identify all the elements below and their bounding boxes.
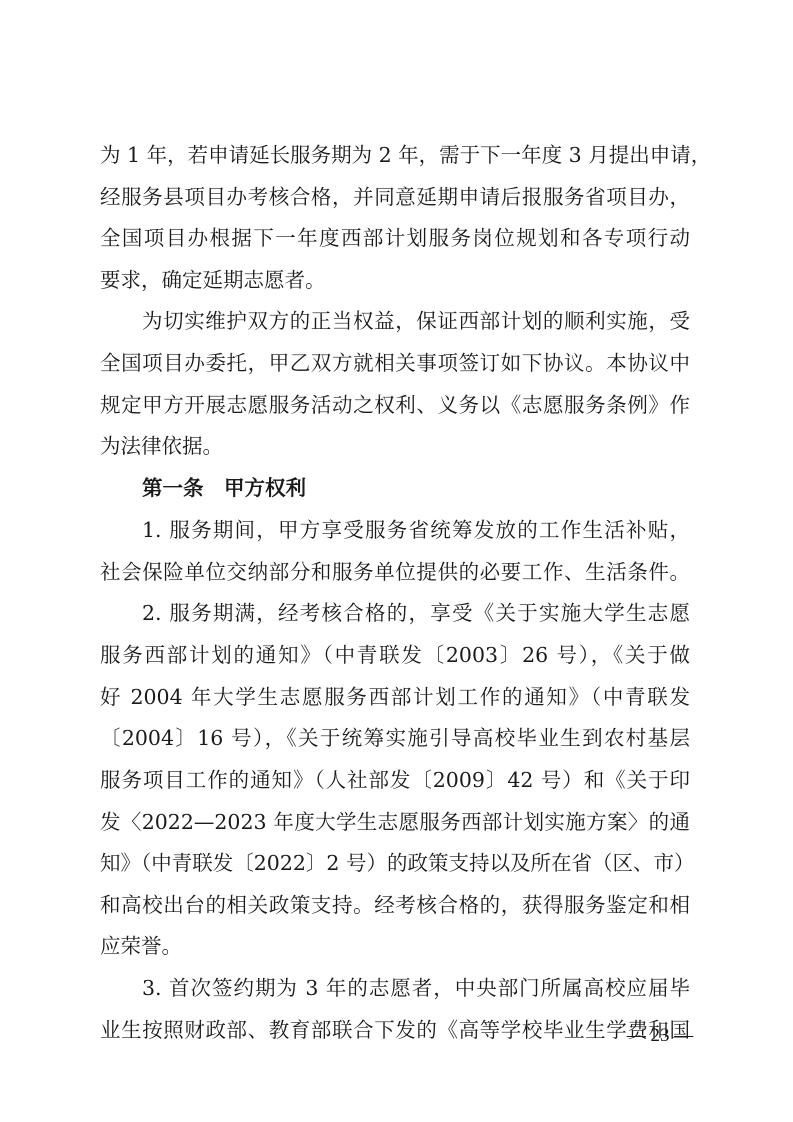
document-page: 为 1 年，若申请延长服务期为 2 年，需于下一年度 3 月提出申请， 经服务县… <box>0 0 793 1122</box>
text-line: 社会保险单位交纳部分和服务单位提供的必要工作、生活条件。 <box>100 557 690 587</box>
text-line: 2. 服务期满，经考核合格的，享受《关于实施大学生志愿 <box>142 598 690 628</box>
text-line: 为切实维护双方的正当权益，保证西部计划的顺利实施，受 <box>142 306 690 336</box>
text-line: 全国项目办委托，甲乙双方就相关事项签订如下协议。本协议中 <box>100 348 690 378</box>
text-line: 规定甲方开展志愿服务活动之权利、义务以《志愿服务条例》作 <box>100 390 690 420</box>
text-line: 和高校出台的相关政策支持。经考核合格的，获得服务鉴定和相 <box>100 890 690 920</box>
text-line: 〔2004〕16 号），《关于统筹实施引导高校毕业生到农村基层 <box>100 723 690 753</box>
text-line: 要求，确定延期志愿者。 <box>100 265 690 295</box>
text-line: 应荣誉。 <box>100 931 690 961</box>
text-line: 好 2004 年大学生志愿服务西部计划工作的通知》（中青联发 <box>100 682 690 712</box>
text-line: 3. 首次签约期为 3 年的志愿者，中央部门所属高校应届毕 <box>142 973 690 1003</box>
text-line: 业生按照财政部、教育部联合下发的《高等学校毕业生学费和国 <box>100 1015 690 1045</box>
text-line: 知》（中青联发〔2022〕2 号）的政策支持以及所在省（区、市） <box>100 848 690 878</box>
text-line: 全国项目办根据下一年度西部计划服务岗位规划和各专项行动 <box>100 223 690 253</box>
page-number: — 23 — <box>620 1022 700 1050</box>
text-line: 经服务县项目办考核合格，并同意延期申请后报服务省项目办， <box>100 182 690 212</box>
text-line: 为 1 年，若申请延长服务期为 2 年，需于下一年度 3 月提出申请， <box>100 140 690 170</box>
text-line: 服务西部计划的通知》（中青联发〔2003〕26 号），《关于做 <box>100 640 690 670</box>
text-line: 服务项目工作的通知》（人社部发〔2009〕42 号）和《关于印 <box>100 765 690 795</box>
text-line: 为法律依据。 <box>100 431 690 461</box>
section-heading: 第一条 甲方权利 <box>142 473 306 503</box>
text-line: 发〈2022—2023 年度大学生志愿服务西部计划实施方案〉的通 <box>100 807 690 837</box>
text-line: 1. 服务期间，甲方享受服务省统筹发放的工作生活补贴， <box>142 515 690 545</box>
